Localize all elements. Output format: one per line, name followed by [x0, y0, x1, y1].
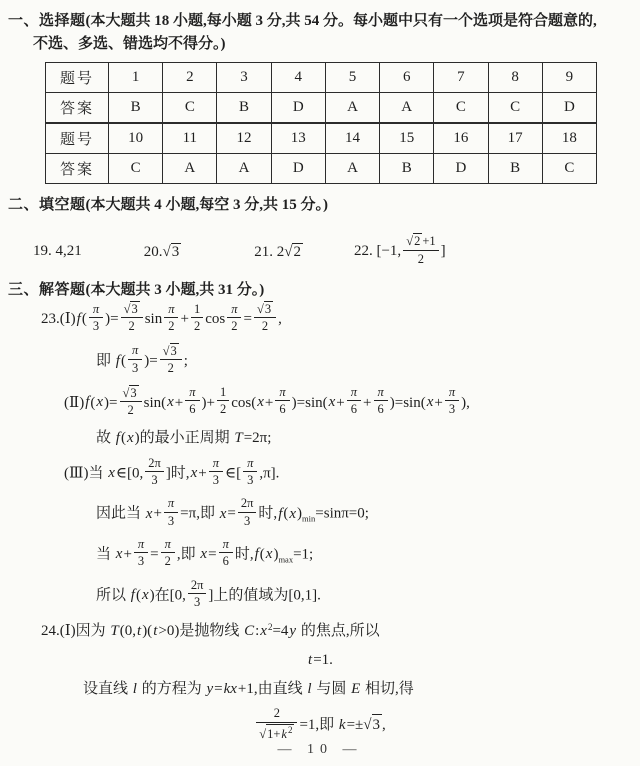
math-var: π — [222, 537, 230, 551]
blank-answer-21: 21. 2√2 — [254, 243, 303, 261]
math-text: 3 — [172, 244, 180, 260]
table-cell: C — [109, 154, 163, 184]
table-cell: C — [434, 93, 488, 124]
math-var: C — [243, 623, 255, 639]
square-root: √2 — [284, 243, 303, 261]
section-choice-note: (本大题共 18 小题,每小题 3 分,共 54 分。每小题中只有一个选项是符合… — [86, 13, 597, 29]
math-var: x — [166, 394, 175, 410]
fraction: π6 — [275, 385, 289, 417]
math-text: 3 — [168, 514, 174, 528]
section-choice-heading: 一、选择题(本大题共 18 小题,每小题 3 分,共 54 分。每小题中只有一个… — [8, 10, 632, 55]
math-var: x — [126, 430, 135, 446]
math-text: + — [198, 465, 206, 481]
table-cell: B — [109, 93, 163, 124]
math-text: 即 — [96, 353, 115, 369]
math-subscript: max — [278, 554, 293, 564]
fraction: π2 — [161, 537, 175, 569]
math-var: x — [259, 623, 268, 639]
section-choice-note-line2: 不选、多选、错选均不得分。) — [8, 33, 632, 56]
fraction: √32 — [121, 301, 143, 334]
math-text: 20. — [144, 244, 163, 260]
math-text: =sinπ=0; — [315, 506, 369, 522]
square-root: √3 — [124, 301, 140, 316]
math-var: E — [350, 681, 361, 697]
math-text: ,即 — [177, 546, 200, 562]
math-text: 3 — [171, 344, 177, 358]
fraction: π6 — [185, 385, 199, 417]
fraction: √32 — [254, 301, 276, 334]
solution-line-8: 所以 f(x)在[0,2π3]上的值域为[0,1]. — [8, 580, 632, 612]
solution-line-10: t=1. — [8, 650, 632, 670]
math-text: 6 — [223, 554, 229, 568]
table-cell: 11 — [163, 123, 217, 154]
table-cell: B — [380, 154, 434, 184]
math-var: π — [350, 385, 358, 399]
math-text: 3 — [373, 717, 381, 733]
math-text: 3 — [194, 595, 200, 609]
math-text: + — [434, 394, 442, 410]
table-cell: D — [434, 154, 488, 184]
math-var: π — [164, 537, 172, 551]
fraction: π3 — [209, 456, 223, 488]
fraction: √32 — [120, 385, 142, 418]
math-text: =1. — [313, 652, 333, 668]
table-cell: 8 — [488, 63, 542, 93]
math-text: 因此当 — [96, 506, 145, 522]
math-text: cos — [205, 311, 225, 327]
fraction: π6 — [219, 537, 233, 569]
math-var: x — [190, 465, 199, 481]
math-text: 24.(Ⅰ)因为 — [41, 623, 109, 639]
table-cell: 7 — [434, 63, 488, 93]
fraction: 12 — [217, 385, 229, 417]
table-cell: 3 — [217, 63, 271, 93]
math-text: 2 — [418, 252, 424, 266]
table-cell: 6 — [380, 63, 434, 93]
solution-line-6: 因此当 x+π3=π,即 x=2π3时,f(x)min=sinπ=0; — [8, 498, 632, 530]
section-blank-note: (本大题共 4 小题,每空 3 分,共 15 分。) — [86, 197, 329, 213]
math-text: 2 — [414, 234, 420, 248]
math-text: 3 — [131, 302, 137, 316]
section-solution-heading: 三、解答题(本大题共 3 小题,共 31 分。) — [8, 279, 632, 302]
math-text: 设直线 — [83, 681, 132, 697]
math-text: + — [123, 546, 131, 562]
solution-line-9: 24.(Ⅰ)因为 T(0,t)(t>0)是抛物线 C:x2=4y 的焦点,所以 — [8, 621, 632, 641]
math-text: + — [265, 394, 273, 410]
math-subscript: min — [302, 514, 315, 524]
blank-answer-19: 19. 4,21 — [33, 243, 82, 260]
section-solution-note: (本大题共 3 小题,共 31 分。) — [86, 282, 265, 298]
row-label-cell: 答案 — [46, 154, 109, 184]
math-var: π — [92, 302, 100, 316]
math-text: 与圆 — [313, 681, 351, 697]
math-text: + — [336, 394, 344, 410]
solution-line-5: (Ⅲ)当 x∈[0,2π3]时,x+π3∈[π3,π]. — [8, 458, 632, 490]
square-root: √3 — [257, 301, 273, 316]
fraction: 12 — [191, 302, 203, 334]
math-text: 1+ — [267, 727, 280, 741]
math-text: (Ⅲ)当 — [64, 465, 107, 481]
math-text: 2 — [168, 319, 174, 333]
math-var: π — [246, 456, 254, 470]
table-cell: 17 — [488, 123, 542, 154]
square-root: √3 — [163, 343, 179, 358]
math-text: 3 — [449, 402, 455, 416]
solution-line-2: 即 f(π3)=√32; — [8, 345, 632, 378]
math-var: π — [377, 385, 385, 399]
table-cell: 9 — [542, 63, 596, 93]
math-var: x — [199, 546, 208, 562]
row-label-cell: 题号 — [46, 63, 109, 93]
math-text: 故 — [96, 430, 115, 446]
math-text: 时, — [258, 506, 277, 522]
solution-block: 23.(Ⅰ)f(π3)=√32sinπ2+12cosπ2=√32,即 f(π3)… — [8, 303, 632, 743]
math-text: = — [214, 681, 222, 697]
math-text: 2π — [191, 578, 204, 592]
section-blank-label: 二、填空题 — [8, 196, 86, 213]
table-cell: A — [163, 154, 217, 184]
math-text: +1 — [422, 234, 435, 248]
math-text: )=sin( — [390, 394, 426, 410]
math-text: 1 — [220, 385, 226, 399]
math-text: ; — [184, 353, 188, 369]
math-text: 6 — [351, 402, 357, 416]
table-cell: A — [217, 154, 271, 184]
section-choice-label: 一、选择题 — [8, 12, 86, 29]
math-text: )=sin( — [292, 394, 328, 410]
fraction: 2π3 — [238, 496, 257, 528]
math-var: x — [107, 465, 116, 481]
fraction: 2π3 — [145, 456, 164, 488]
exam-answer-page: 一、选择题(本大题共 18 小题,每小题 3 分,共 54 分。每小题中只有一个… — [0, 0, 640, 766]
math-text: =2π; — [244, 430, 272, 446]
fraction: π2 — [227, 302, 241, 334]
math-var: T — [233, 430, 243, 446]
math-text: +1,由直线 — [238, 681, 306, 697]
table-cell: 18 — [542, 123, 596, 154]
fraction: π3 — [128, 343, 142, 375]
math-text: 2π — [148, 456, 161, 470]
math-text: 3 — [244, 514, 250, 528]
math-text: 3 — [151, 473, 157, 487]
fraction: π3 — [164, 496, 178, 528]
table-cell: A — [325, 154, 379, 184]
math-var: k — [280, 727, 288, 741]
math-text: + — [180, 311, 188, 327]
math-var: π — [167, 496, 175, 510]
math-text: 6 — [189, 402, 195, 416]
math-text: = — [150, 546, 158, 562]
math-text: >0)是抛物线 — [158, 623, 243, 639]
table-cell: B — [488, 154, 542, 184]
fraction: 2π3 — [188, 578, 207, 610]
math-text: 2 — [165, 554, 171, 568]
table-cell: 14 — [325, 123, 379, 154]
math-text: 2 — [194, 319, 200, 333]
math-var: π — [230, 302, 238, 316]
table-row-qnum-1: 题号123456789 — [46, 63, 597, 93]
math-text: )= — [144, 353, 157, 369]
solution-line-4: 故 f(x)的最小正周期 T=2π; — [8, 428, 632, 448]
table-cell: D — [271, 93, 325, 124]
square-root: √3 — [363, 714, 382, 735]
math-text: 22. [−1, — [354, 243, 401, 259]
math-text: ] — [441, 243, 446, 259]
math-var: y — [288, 623, 297, 639]
math-text: (Ⅱ) — [64, 394, 84, 410]
math-text: ( — [82, 311, 87, 327]
math-text: 的方程为 — [138, 681, 206, 697]
table-cell: C — [542, 154, 596, 184]
math-var: x — [95, 394, 104, 410]
fraction: π3 — [134, 537, 148, 569]
math-text: ∈[ — [225, 465, 241, 481]
math-text: 3 — [265, 302, 271, 316]
math-text: 2 — [129, 319, 135, 333]
math-var: π — [137, 537, 145, 551]
math-text: ), — [461, 394, 470, 410]
math-text: 21. 2 — [254, 244, 284, 260]
math-text: + — [175, 394, 183, 410]
math-text: 相切,得 — [361, 681, 414, 697]
square-root: √3 — [163, 243, 182, 261]
math-text: )= — [104, 394, 117, 410]
math-text: 时, — [235, 546, 254, 562]
math-text: 3 — [138, 554, 144, 568]
math-text: 2 — [168, 361, 174, 375]
math-text: 2 — [262, 319, 268, 333]
fraction: π3 — [89, 302, 103, 334]
math-text: 1 — [194, 302, 200, 316]
math-var: y — [205, 681, 214, 697]
math-text: 3 — [213, 473, 219, 487]
math-var: x — [256, 394, 265, 410]
blank-answer-22: 22. [−1,√2+12] — [354, 235, 446, 268]
row-label-cell: 题号 — [46, 123, 109, 154]
fraction: π3 — [243, 456, 257, 488]
table-cell: 2 — [163, 63, 217, 93]
math-text: 23.(Ⅰ) — [41, 311, 76, 327]
math-var: x — [288, 506, 297, 522]
math-text: 3 — [93, 319, 99, 333]
math-var: π — [188, 385, 196, 399]
math-text: = — [208, 546, 216, 562]
table-row-answer-1: 答案BCBDAACCD — [46, 93, 597, 124]
row-label-cell: 答案 — [46, 93, 109, 124]
table-cell: A — [325, 93, 379, 124]
fraction: π6 — [374, 385, 388, 417]
math-text: ( — [121, 353, 126, 369]
math-text: = — [243, 311, 251, 327]
math-var: π — [278, 385, 286, 399]
math-text: )在[0, — [150, 587, 186, 603]
table-cell: 10 — [109, 123, 163, 154]
math-text: 2 — [231, 319, 237, 333]
math-text: ]上的值域为[0,1]. — [208, 587, 321, 603]
fraction: π6 — [347, 385, 361, 417]
math-var: T — [109, 623, 119, 639]
fraction: 2√1+k2 — [256, 706, 297, 741]
square-root: √3 — [123, 385, 139, 400]
math-text: , — [278, 311, 282, 327]
table-cell: 13 — [271, 123, 325, 154]
section-solution-label: 三、解答题 — [8, 281, 86, 298]
math-var: π — [131, 343, 139, 357]
math-text: 2 — [293, 244, 301, 260]
table-cell: 12 — [217, 123, 271, 154]
table-row-qnum-2: 题号101112131415161718 — [46, 123, 597, 154]
fraction: √32 — [160, 343, 182, 376]
square-root: √2 — [406, 233, 422, 248]
math-text: 6 — [279, 402, 285, 416]
math-text: =4 — [272, 623, 288, 639]
math-text: ,π]. — [259, 465, 279, 481]
math-text: + — [153, 506, 161, 522]
table-cell: A — [380, 93, 434, 124]
math-text: 2 — [127, 403, 133, 417]
fraction: π2 — [164, 302, 178, 334]
solution-line-12: 2√1+k2=1,即 k=±√3, — [8, 708, 632, 743]
table-cell: C — [488, 93, 542, 124]
math-var: π — [212, 456, 220, 470]
math-superscript: 2 — [288, 725, 293, 735]
math-text: 3 — [130, 386, 136, 400]
math-text: cos( — [231, 394, 256, 410]
math-text: 3 — [247, 473, 253, 487]
answer-table: 题号123456789答案BCBDAACCD题号1011121314151617… — [45, 62, 597, 184]
math-var: kx — [223, 681, 238, 697]
table-cell: C — [163, 93, 217, 124]
math-text: sin — [145, 311, 163, 327]
math-text: 所以 — [96, 587, 130, 603]
math-text: 2 — [274, 706, 280, 720]
math-text: )的最小正周期 — [135, 430, 234, 446]
math-text: 19. 4,21 — [33, 243, 82, 259]
fraction: √2+12 — [403, 233, 438, 266]
solution-line-1: 23.(Ⅰ)f(π3)=√32sinπ2+12cosπ2=√32, — [8, 303, 632, 336]
math-text: =π,即 — [180, 506, 219, 522]
math-text: ∈[0, — [116, 465, 143, 481]
table-cell: D — [271, 154, 325, 184]
math-text: 6 — [378, 402, 384, 416]
math-text: )= — [105, 311, 118, 327]
table-cell: 15 — [380, 123, 434, 154]
math-var: x — [141, 587, 150, 603]
math-var: x — [328, 394, 337, 410]
solution-line-3: (Ⅱ)f(x)=√32sin(x+π6)+12cos(x+π6)=sin(x+π… — [8, 387, 632, 420]
math-var: k — [338, 717, 347, 733]
math-text: + — [363, 394, 371, 410]
table-cell: B — [217, 93, 271, 124]
math-text: 当 — [96, 546, 115, 562]
page-number: — 10 — — [0, 742, 640, 758]
table-cell: 5 — [325, 63, 379, 93]
table-cell: D — [542, 93, 596, 124]
blank-answer-20: 20.√3 — [144, 243, 181, 261]
table-cell: 1 — [109, 63, 163, 93]
solution-line-7: 当 x+π3=π2,即 x=π6时,f(x)max=1; — [8, 539, 632, 571]
square-root: √1+k2 — [259, 724, 294, 741]
solution-line-11: 设直线 l 的方程为 y=kx+1,由直线 l 与圆 E 相切,得 — [8, 679, 632, 699]
section-blank-heading: 二、填空题(本大题共 4 小题,每空 3 分,共 15 分。) — [8, 194, 632, 217]
math-var: π — [167, 302, 175, 316]
math-text: )+ — [202, 394, 215, 410]
blank-answers-row: 19. 4,2120.√321. 2√222. [−1,√2+12] — [33, 231, 632, 273]
table-cell: 16 — [434, 123, 488, 154]
math-text: (0, — [120, 623, 136, 639]
math-text: )( — [142, 623, 152, 639]
table-row-answer-2: 答案CAADABDBC — [46, 154, 597, 184]
table-cell: 4 — [271, 63, 325, 93]
fraction: π3 — [445, 385, 459, 417]
math-text: 2 — [220, 402, 226, 416]
math-text: , — [382, 717, 386, 733]
math-text: ]时, — [166, 465, 190, 481]
math-var: π — [448, 385, 456, 399]
math-text: 的焦点,所以 — [297, 623, 380, 639]
math-text: sin( — [144, 394, 167, 410]
math-text: =1; — [293, 546, 313, 562]
math-text: =1,即 — [299, 717, 337, 733]
math-text: = — [227, 506, 235, 522]
math-text: 3 — [132, 361, 138, 375]
math-text: 2π — [241, 496, 254, 510]
math-text: =± — [347, 717, 364, 733]
